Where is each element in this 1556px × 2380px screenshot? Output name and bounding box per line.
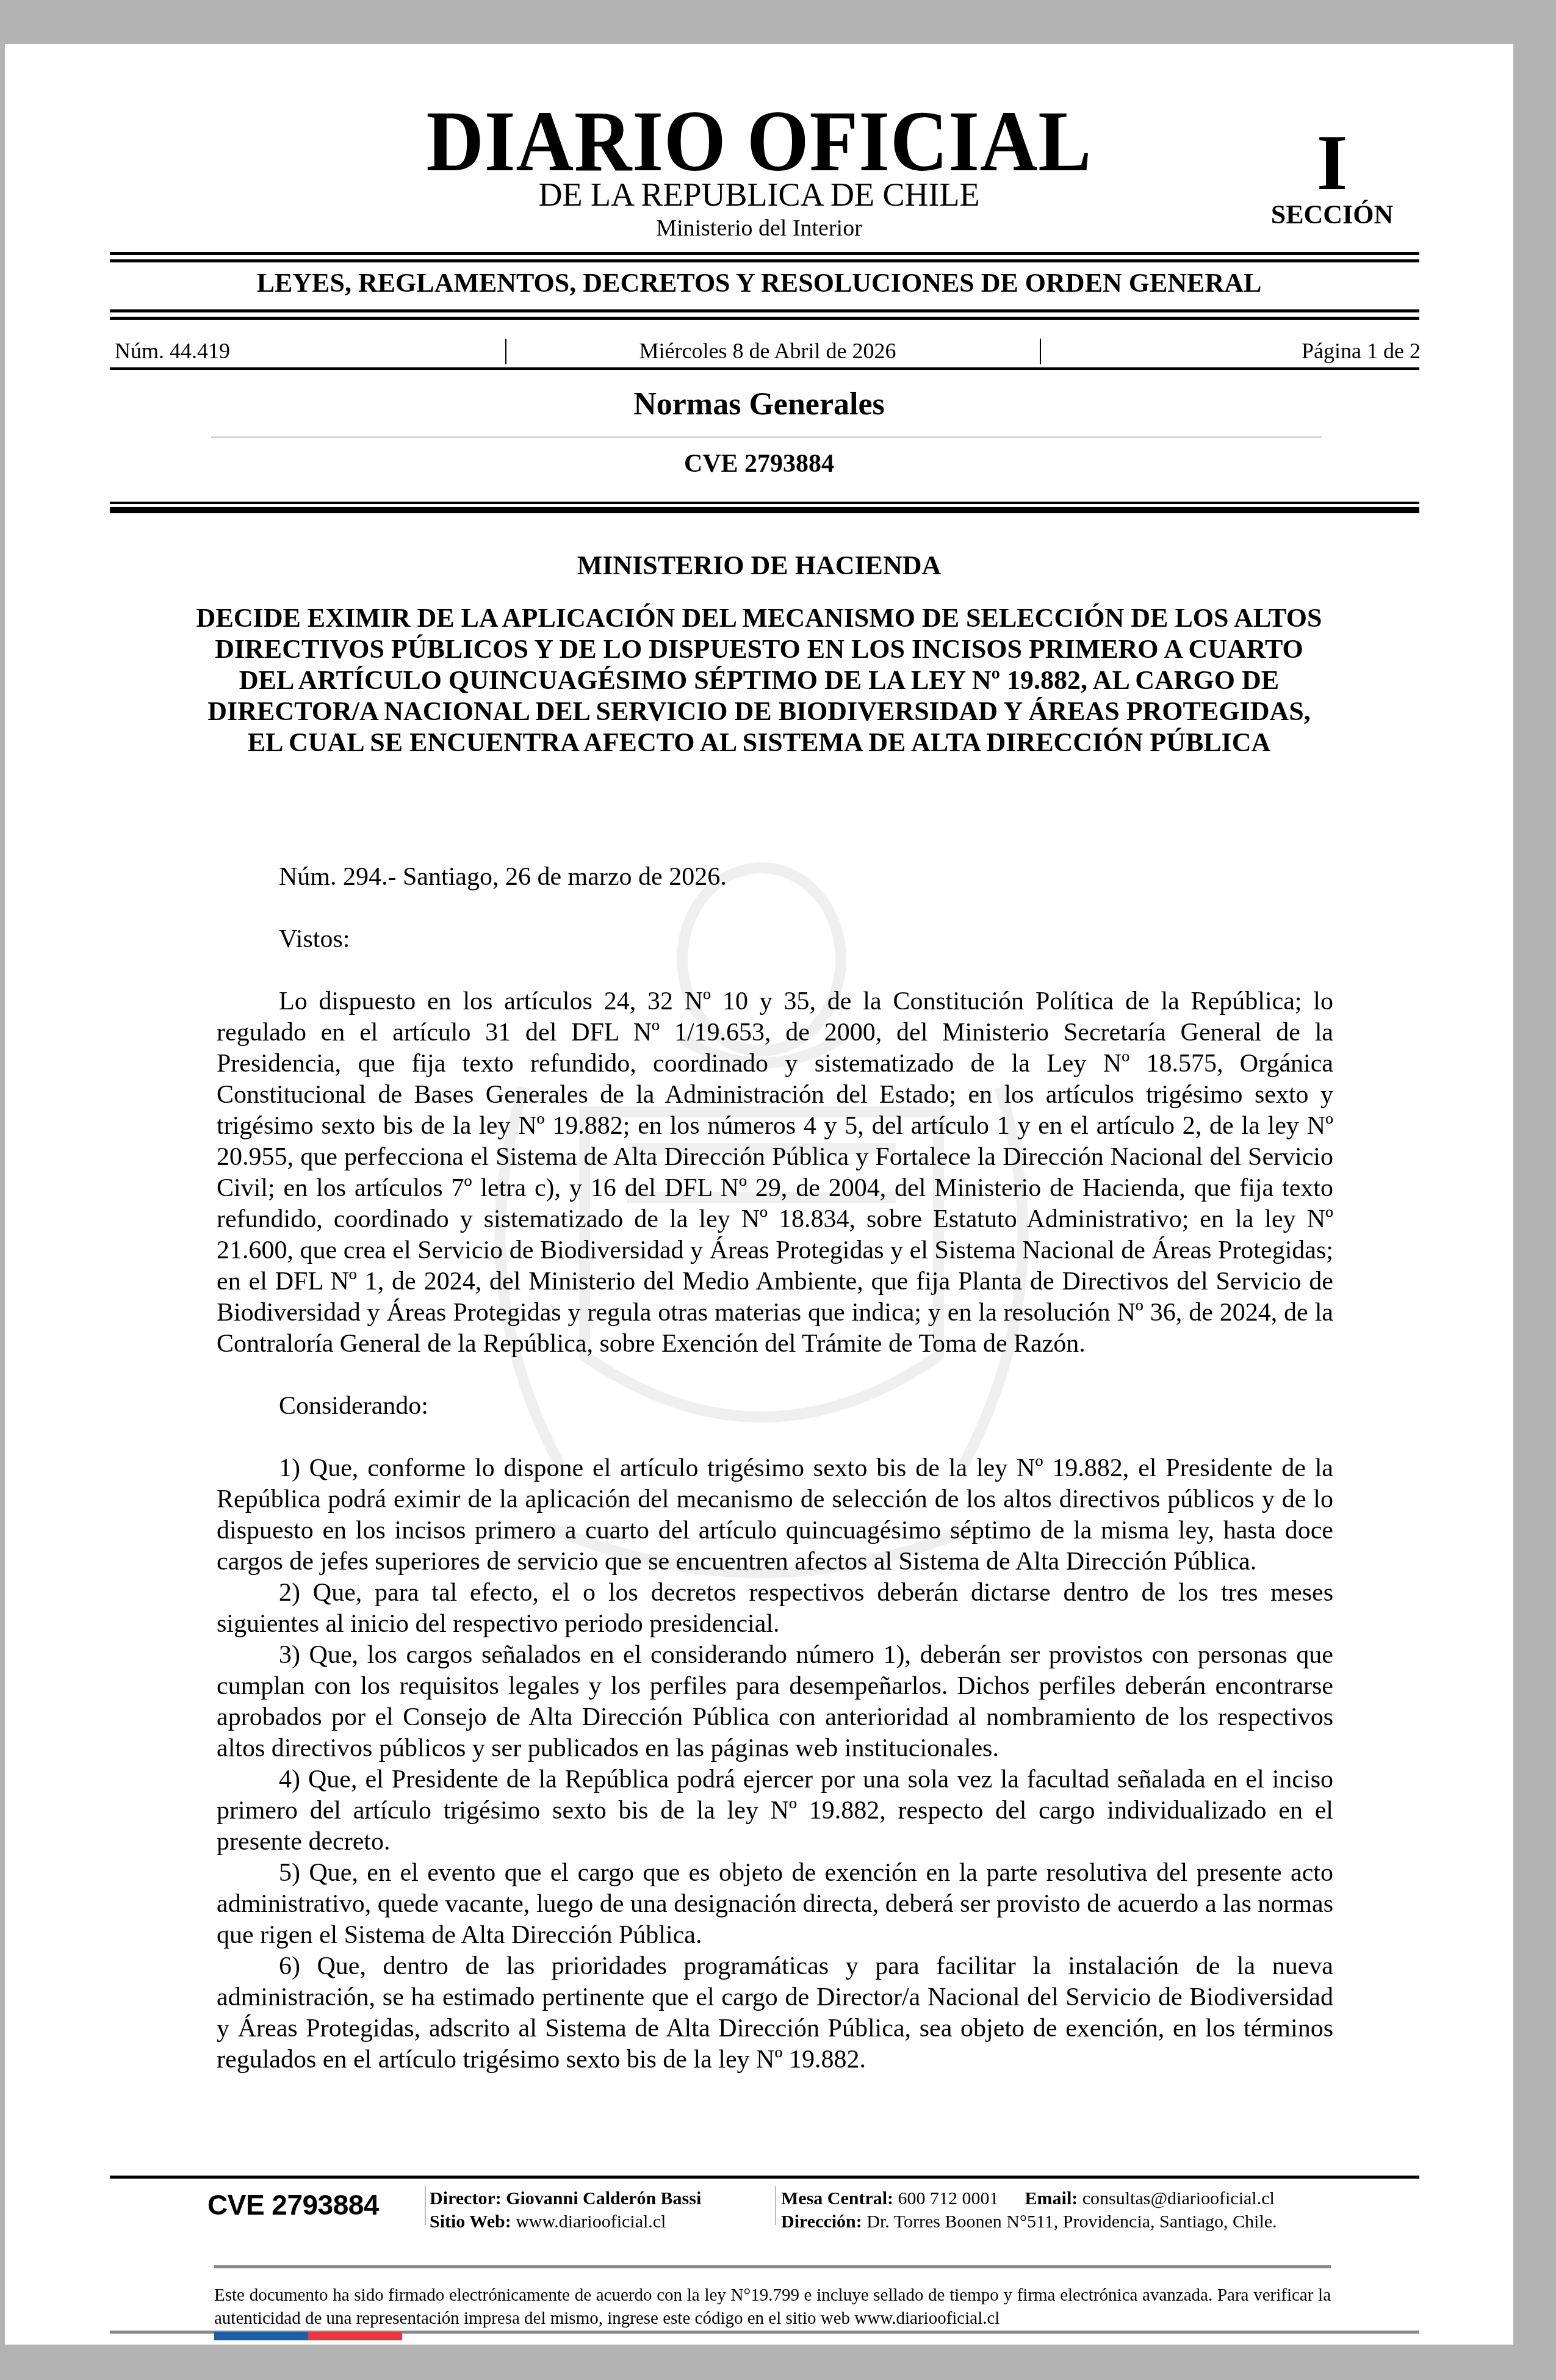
footer-separator xyxy=(425,2186,426,2225)
content-rule-thin xyxy=(110,502,1419,504)
banner-rule-1 xyxy=(110,309,1419,312)
director-name: Giovanni Calderón Bassi xyxy=(506,2188,701,2209)
phone-label: Mesa Central: xyxy=(781,2188,893,2209)
category-rule xyxy=(211,436,1322,438)
flag-stripe-blue xyxy=(214,2332,308,2340)
decree-body: Núm. 294.- Santiago, 26 de marzo de 2026… xyxy=(217,862,1333,2075)
vistos-heading: Vistos: xyxy=(217,924,1333,955)
email-label: Email: xyxy=(1025,2188,1078,2209)
address-label: Dirección: xyxy=(781,2212,862,2232)
section-label: SECCIÓN xyxy=(1256,201,1408,228)
issuing-ministry: MINISTERIO DE HACIENDA xyxy=(5,552,1513,579)
issue-date: Miércoles 8 de Abril de 2026 xyxy=(115,333,1421,369)
issue-meta-row: Núm. 44.419 Miércoles 8 de Abril de 2026… xyxy=(115,333,1421,369)
vistos-paragraph: Lo dispuesto en los artículos 24, 32 Nº … xyxy=(217,986,1333,1360)
director-label: Director: xyxy=(430,2188,502,2209)
category-heading: Normas Generales xyxy=(5,389,1513,420)
header-rule-1 xyxy=(110,252,1419,255)
banner-rule-2 xyxy=(110,317,1419,320)
considerando-item: 3) Que, los cargos señalados en el consi… xyxy=(217,1640,1333,1764)
footer-top-rule xyxy=(110,2176,1419,2179)
address-text: Dr. Torres Boonen N°511, Providencia, Sa… xyxy=(866,2212,1277,2232)
website-link[interactable]: www.diariooficial.cl xyxy=(516,2212,666,2232)
decree-number-date: Núm. 294.- Santiago, 26 de marzo de 2026… xyxy=(217,862,1333,893)
section-number: I xyxy=(1256,123,1408,203)
footer-mid-rule xyxy=(214,2265,1331,2268)
cve-code: CVE 2793884 xyxy=(5,451,1513,477)
considerando-item: 6) Que, dentro de las prioridades progra… xyxy=(217,1951,1333,2075)
section-banner: LEYES, REGLAMENTOS, DECRETOS Y RESOLUCIO… xyxy=(5,270,1513,297)
meta-rule xyxy=(110,367,1419,370)
footer-director-block: Director: Giovanni Calderón Bassi Sitio … xyxy=(430,2187,701,2234)
considerando-item: 1) Que, conforme lo dispone el artículo … xyxy=(217,1453,1333,1578)
footer-contact-block: Mesa Central: 600 712 0001 Email: consul… xyxy=(781,2187,1277,2234)
meta-separator xyxy=(1040,339,1041,364)
website-label: Sitio Web: xyxy=(430,2212,511,2232)
email-link[interactable]: consultas@diariooficial.cl xyxy=(1082,2188,1275,2209)
page-indicator: Página 1 de 2 xyxy=(1302,333,1421,369)
decree-title: DECIDE EXIMIR DE LA APLICACIÓN DEL MECAN… xyxy=(188,602,1330,758)
considerando-item: 2) Que, para tal efecto, el o los decret… xyxy=(217,1578,1333,1640)
phone-number: 600 712 0001 xyxy=(898,2188,999,2209)
document-page: DIARIO OFICIAL DE LA REPUBLICA DE CHILE … xyxy=(5,44,1513,2345)
flag-stripe-red xyxy=(308,2332,402,2340)
header-rule-2 xyxy=(110,259,1419,262)
considerando-item: 5) Que, en el evento que el cargo que es… xyxy=(217,1858,1333,1951)
masthead-title: DIARIO OFICIAL xyxy=(65,98,1453,184)
content-rule-thick xyxy=(110,507,1419,513)
footer-cve-code: CVE 2793884 xyxy=(207,2191,379,2219)
footer-legal-notice: Este documento ha sido firmado electróni… xyxy=(214,2284,1331,2330)
footer-separator xyxy=(775,2186,776,2225)
considerando-item: 4) Que, el Presidente de la República po… xyxy=(217,1764,1333,1858)
considerando-heading: Considerando: xyxy=(217,1391,1333,1422)
